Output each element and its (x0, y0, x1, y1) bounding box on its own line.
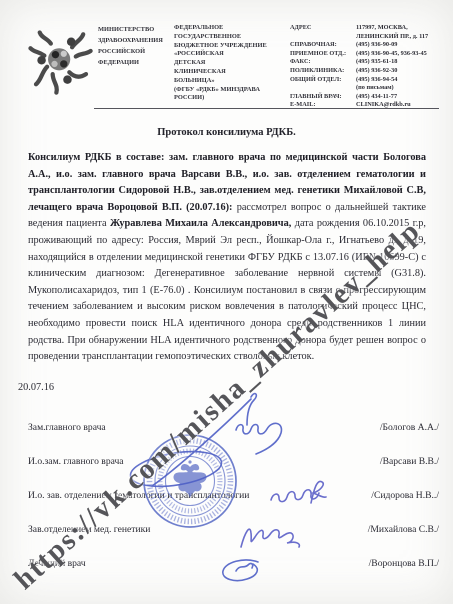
signature-row-attending-doctor: Лечащий врач/Воронцова В.П./ (28, 558, 439, 571)
scanned-protocol-document: МИНИСТЕРСТВО ЗДРАВООХРАНЕНИЯ РОССИЙСКОЙ … (0, 0, 453, 604)
rdkb-logo-icon (24, 22, 98, 104)
protocol-date: 20.07.16 (18, 382, 54, 393)
contact-row-info-desk: СПРАВОЧНАЯ:(495) 936-90-09 (290, 41, 441, 50)
contact-row-address: АДРЕС117997, МОСКВА, ЛЕНИНСКИЙ ПР., д. 1… (290, 24, 441, 41)
contact-row-polyclinic: ПОЛИКЛИНИКА:(495) 936-92-30 (290, 67, 441, 76)
signature-row-acting-deputy-head: И.о.зам. главного врача/Варсави В.В./ (28, 456, 439, 469)
header-divider (94, 108, 439, 109)
contact-row-admissions: ПРИЕМНОЕ ОТД.:(495) 936-90-45, 936-93-45 (290, 50, 441, 59)
patient-name-bold: Журавлева Михаила Александровича, (110, 218, 295, 229)
letterhead: МИНИСТЕРСТВО ЗДРАВООХРАНЕНИЯ РОССИЙСКОЙ … (24, 20, 441, 110)
contact-row-head-doctor: ГЛАВНЫЙ ВРАЧ:(495) 434-11-77 (290, 93, 441, 102)
document-title: Протокол консилиума РДКБ. (0, 127, 453, 138)
contact-info-block: АДРЕС117997, МОСКВА, ЛЕНИНСКИЙ ПР., д. 1… (290, 24, 441, 110)
contact-row-fax: ФАКС:(495) 935-61-18 (290, 58, 441, 67)
contact-row-general-dept: ОБЩИЙ ОТДЕЛ:(495) 936-94-54 (по письмам) (290, 76, 441, 93)
institution-name: ФЕДЕРАЛЬНОЕ ГОСУДАРСТВЕННОЕ БЮДЖЕТНОЕ УЧ… (174, 24, 290, 103)
signature-row-deputy-head: Зам.главного врача/Бологов А.А./ (28, 422, 439, 435)
ministry-name: МИНИСТЕРСТВО ЗДРАВООХРАНЕНИЯ РОССИЙСКОЙ … (98, 24, 174, 68)
